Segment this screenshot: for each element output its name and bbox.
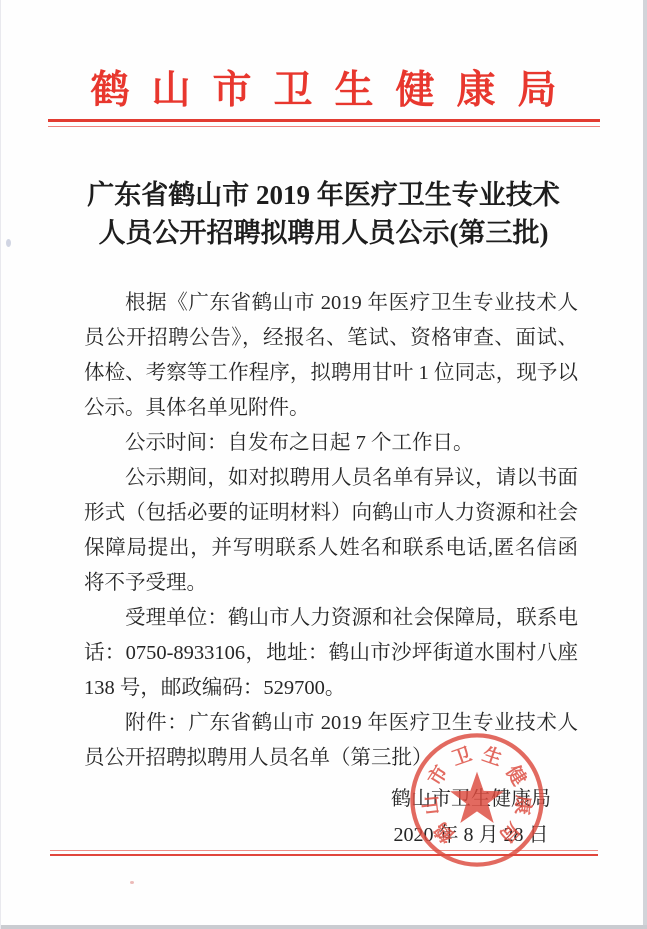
body-paragraph-contact: 受理单位：鹤山市人力资源和社会保障局，联系电话：0750-8933106，地址：…	[84, 601, 578, 706]
footer-divider-thin-line	[50, 850, 598, 851]
letterhead-divider	[48, 119, 600, 127]
scan-edge-right	[643, 0, 647, 929]
document-title: 广东省鹤山市 2019 年医疗卫生专业技术人员公开招聘拟聘用人员公示(第三批)	[75, 176, 572, 252]
body-paragraph-publicity-period: 公示时间：自发布之日起 7 个工作日。	[84, 426, 578, 461]
body-paragraph-attachment: 附件：广东省鹤山市 2019 年医疗卫生专业技术人员公开招聘拟聘用人员名单（第三…	[84, 706, 578, 776]
signature-date: 2020 年 8 月 28 日	[387, 817, 555, 853]
scan-artifact-speck	[130, 881, 134, 884]
signature-org-name: 鹤山市卫生健康局	[387, 781, 555, 817]
body-paragraph-objection: 公示期间，如对拟聘用人员名单有异议，请以书面形式（包括必要的证明材料）向鹤山市人…	[84, 461, 578, 601]
body-paragraph-basis: 根据《广东省鹤山市 2019 年医疗卫生专业技术人员公开招聘公告》，经报名、笔试…	[84, 286, 578, 426]
letterhead-org-name: 鹤山市卫生健康局	[0, 66, 647, 116]
footer-divider	[50, 850, 598, 856]
letterhead-divider-thick-line	[48, 119, 600, 122]
document-body: 根据《广东省鹤山市 2019 年医疗卫生专业技术人员公开招聘公告》，经报名、笔试…	[84, 286, 578, 776]
signature-block: 鹤山市卫生健康局 2020 年 8 月 28 日	[387, 781, 555, 853]
scan-edge-bottom	[0, 925, 647, 929]
scan-edge-left	[0, 0, 1, 929]
letterhead-divider-thin-line	[48, 126, 600, 127]
document-page: 鹤山市卫生健康局 广东省鹤山市 2019 年医疗卫生专业技术人员公开招聘拟聘用人…	[0, 0, 647, 929]
footer-divider-thick-line	[50, 854, 598, 856]
scan-artifact-speck	[6, 239, 11, 247]
